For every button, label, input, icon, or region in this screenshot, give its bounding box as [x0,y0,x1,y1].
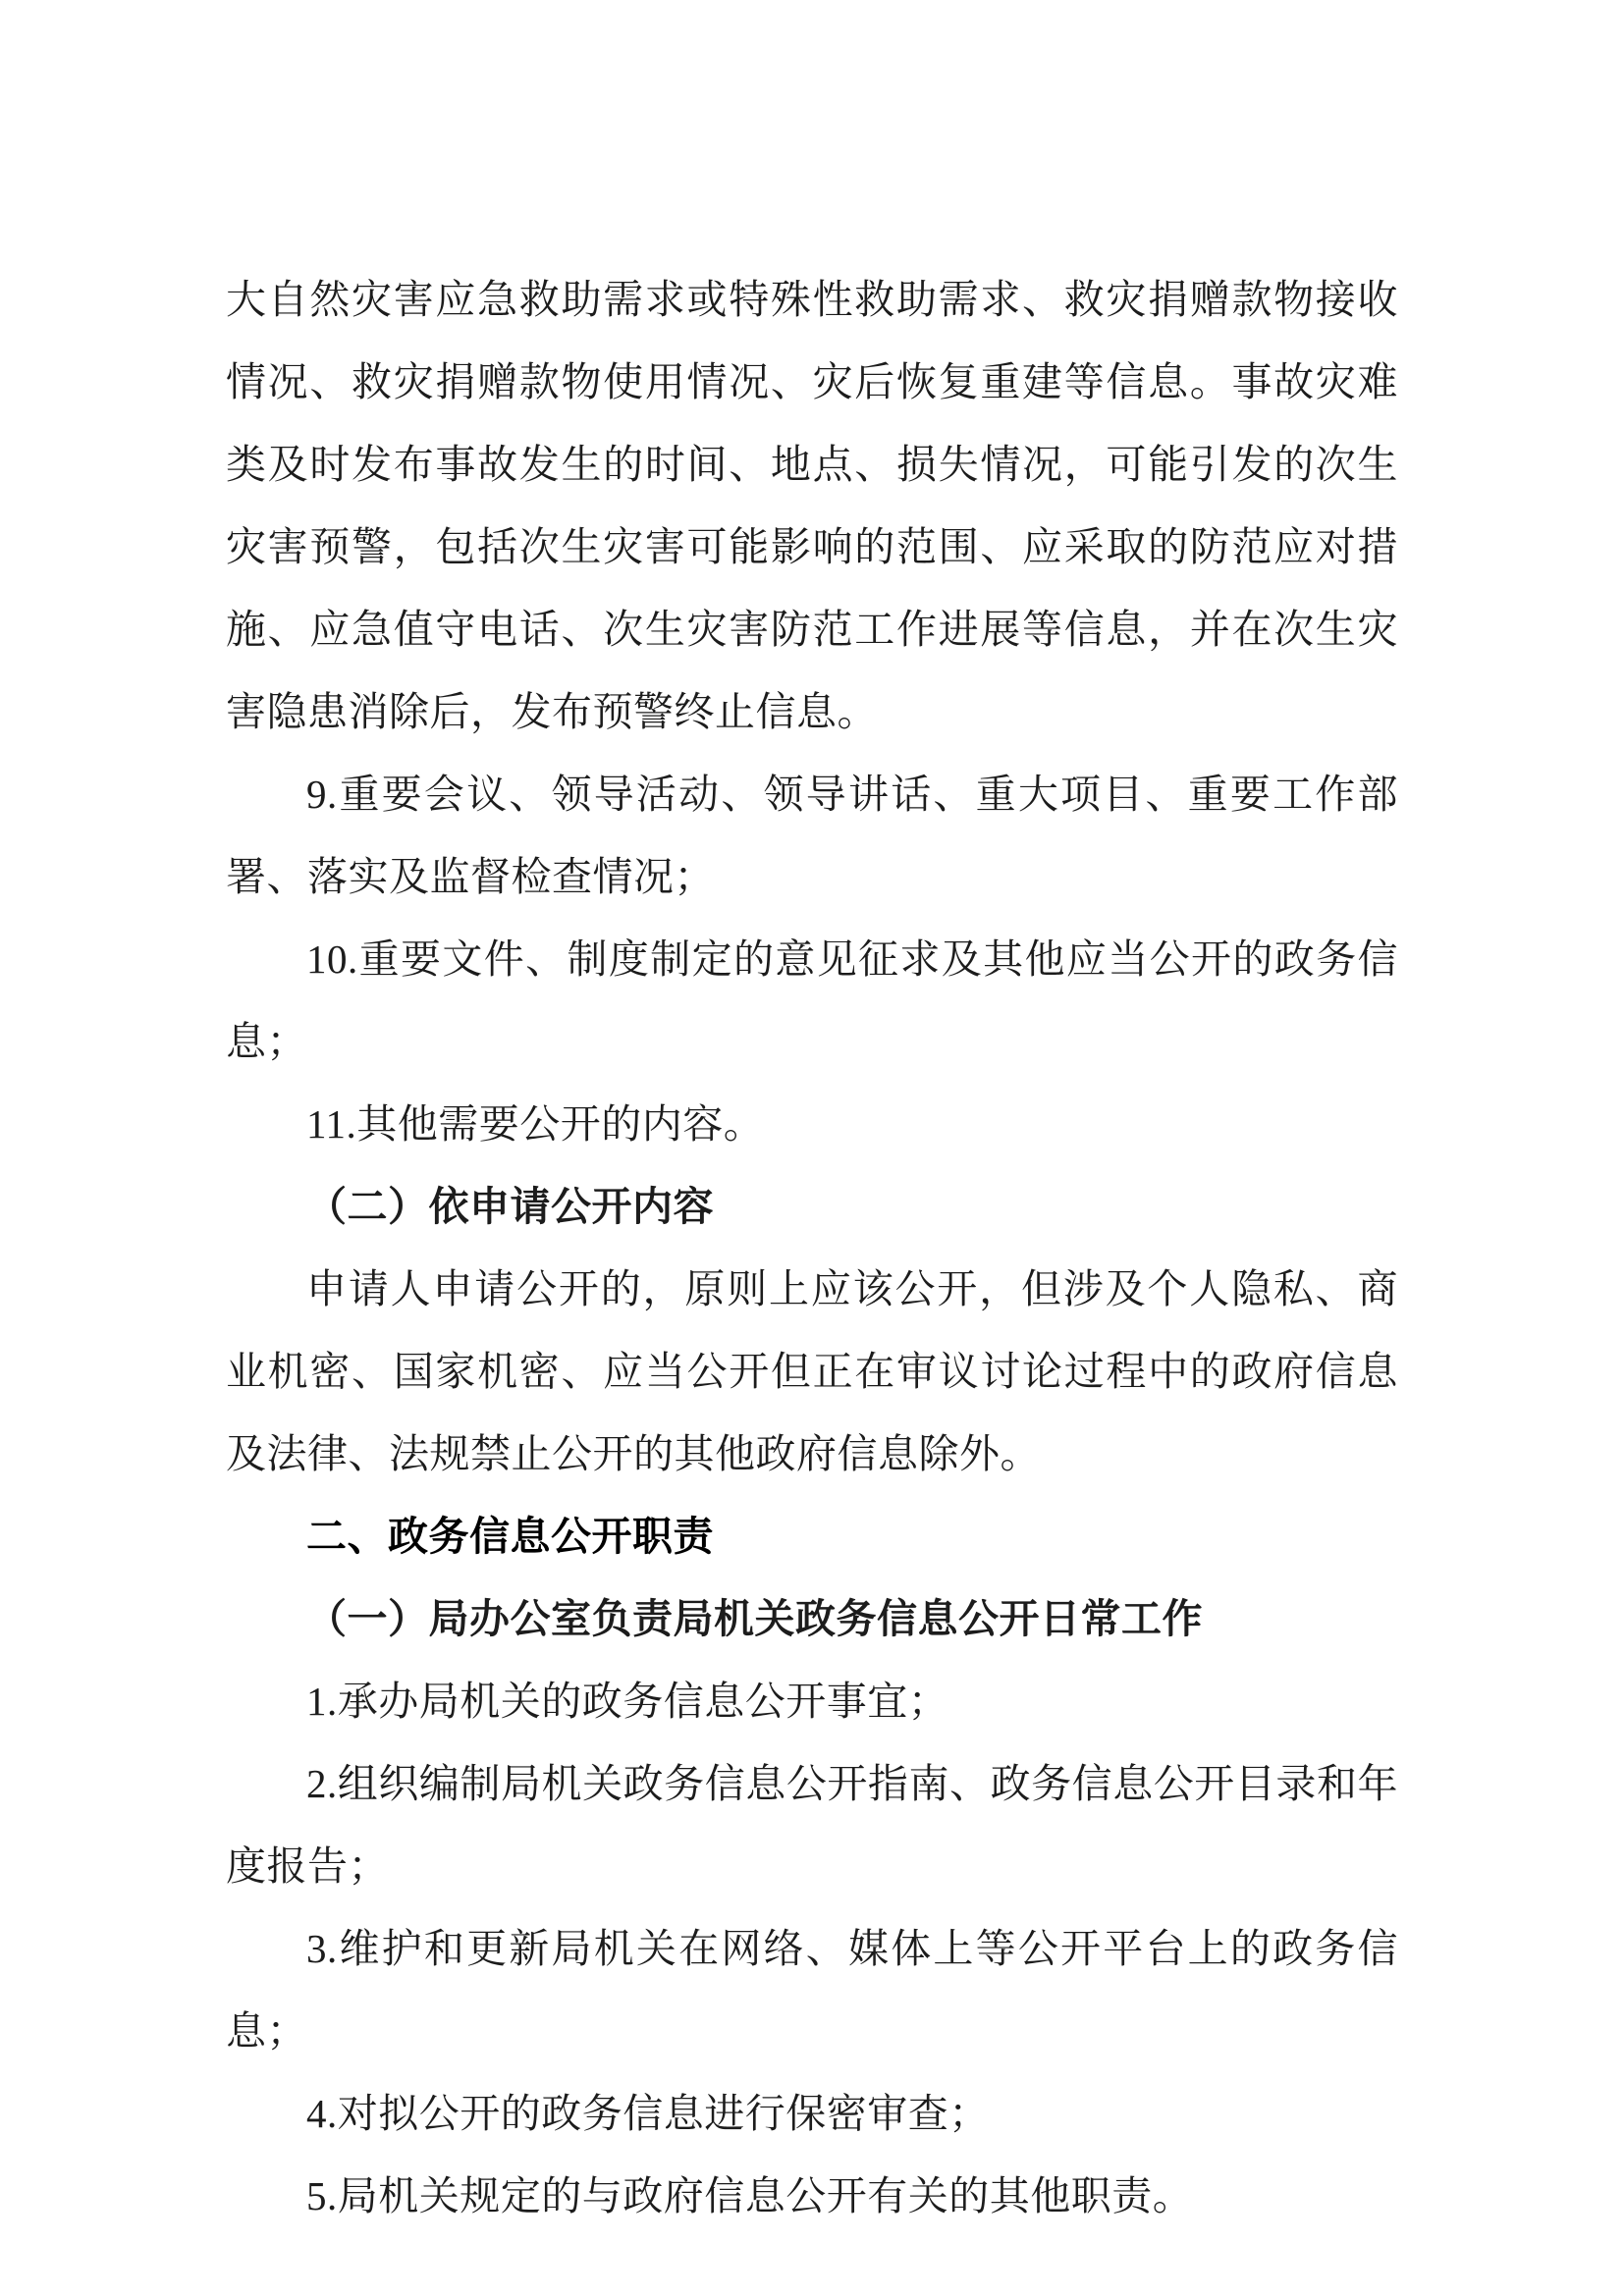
subsection-heading-2: （二）依申请公开内容 [226,1165,1398,1248]
numbered-item-11: 11.其他需要公开的内容。 [226,1083,1398,1165]
body-paragraph: 申请人申请公开的，原则上应该公开，但涉及个人隐私、商业机密、国家机密、应当公开但… [226,1248,1398,1495]
numbered-item-3: 3.维护和更新局机关在网络、媒体上等公开平台上的政务信息； [226,1907,1398,2072]
body-paragraph-continuation: 大自然灾害应急救助需求或特殊性救助需求、救灾捐赠款物接收情况、救灾捐赠款物使用情… [226,258,1398,753]
numbered-item-4: 4.对拟公开的政务信息进行保密审查； [226,2072,1398,2155]
numbered-item-5: 5.局机关规定的与政府信息公开有关的其他职责。 [226,2155,1398,2237]
subsection-heading-1: （一）局办公室负责局机关政务信息公开日常工作 [226,1577,1398,1660]
document-page: 大自然灾害应急救助需求或特殊性救助需求、救灾捐赠款物接收情况、救灾捐赠款物使用情… [0,0,1624,2296]
numbered-item-1: 1.承办局机关的政务信息公开事宜； [226,1660,1398,1742]
numbered-item-9: 9.重要会议、领导活动、领导讲话、重大项目、重要工作部署、落实及监督检查情况； [226,753,1398,918]
section-heading: 二、政务信息公开职责 [226,1495,1398,1577]
numbered-item-10: 10.重要文件、制度制定的意见征求及其他应当公开的政务信息； [226,918,1398,1083]
numbered-item-2: 2.组织编制局机关政务信息公开指南、政务信息公开目录和年度报告； [226,1742,1398,1907]
